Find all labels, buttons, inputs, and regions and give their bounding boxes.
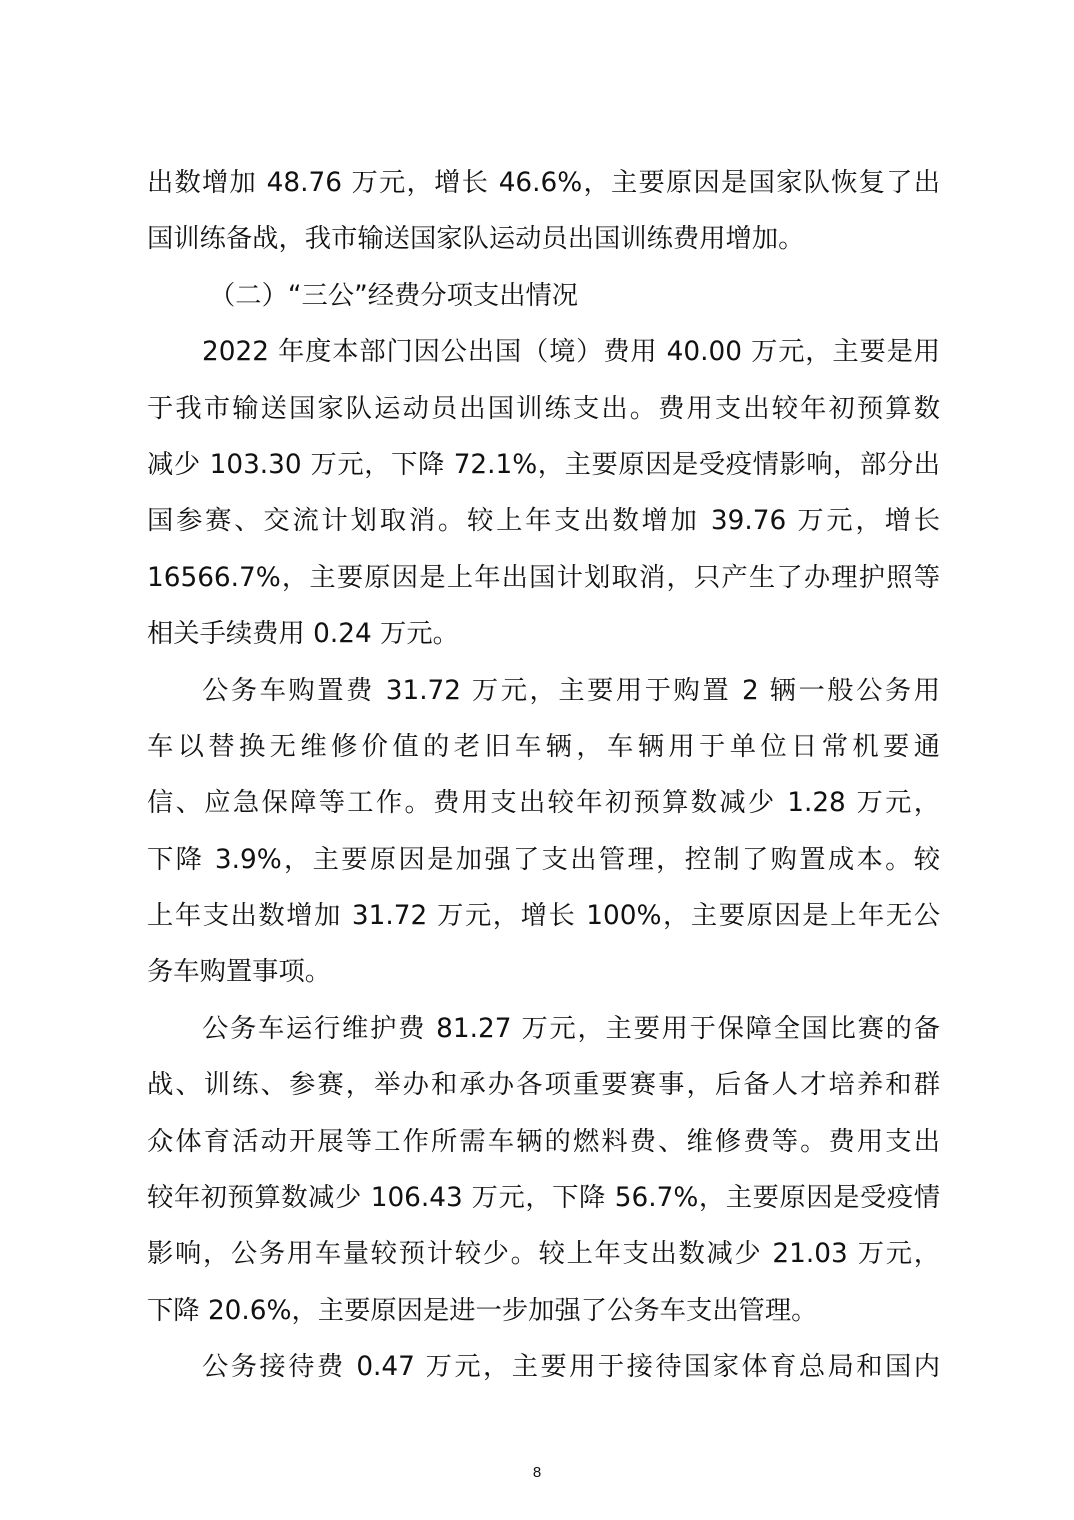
text-line: 上年支出数增加 31.72 万元，增长 100%，主要原因是上年无公 [147, 897, 940, 953]
text-line: 国训练备战，我市输送国家队运动员出国训练费用增加。 [147, 220, 940, 276]
body-text: 出数增加 48.76 万元，增长 46.6%，主要原因是国家队恢复了出 国训练备… [147, 164, 940, 1405]
page-number: 8 [0, 1464, 1074, 1481]
section-heading: （二）“三公”经费分项支出情况 [147, 277, 940, 333]
text-line: 公务车运行维护费 81.27 万元，主要用于保障全国比赛的备 [147, 1010, 940, 1066]
text-line: 公务车购置费 31.72 万元，主要用于购置 2 辆一般公务用 [147, 672, 940, 728]
text-line: 战、训练、参赛，举办和承办各项重要赛事，后备人才培养和群 [147, 1066, 940, 1122]
text-line: 2022 年度本部门因公出国（境）费用 40.00 万元，主要是用 [147, 333, 940, 389]
text-line: 公务接待费 0.47 万元，主要用于接待国家体育总局和国内 [147, 1348, 940, 1404]
text-line: 影响，公务用车量较预计较少。较上年支出数减少 21.03 万元， [147, 1235, 940, 1291]
text-line: 16566.7%，主要原因是上年出国计划取消，只产生了办理护照等 [147, 559, 940, 615]
text-line: 下降 20.6%，主要原因是进一步加强了公务车支出管理。 [147, 1292, 940, 1348]
text-line: 于我市输送国家队运动员出国训练支出。费用支出较年初预算数 [147, 390, 940, 446]
text-line: 出数增加 48.76 万元，增长 46.6%，主要原因是国家队恢复了出 [147, 164, 940, 220]
text-line: 车以替换无维修价值的老旧车辆，车辆用于单位日常机要通 [147, 728, 940, 784]
text-line: 减少 103.30 万元，下降 72.1%，主要原因是受疫情影响，部分出 [147, 446, 940, 502]
text-line: 务车购置事项。 [147, 953, 940, 1009]
document-page: 出数增加 48.76 万元，增长 46.6%，主要原因是国家队恢复了出 国训练备… [0, 0, 1074, 1520]
text-line: 较年初预算数减少 106.43 万元，下降 56.7%，主要原因是受疫情 [147, 1179, 940, 1235]
text-line: 国参赛、交流计划取消。较上年支出数增加 39.76 万元，增长 [147, 502, 940, 558]
text-line: 相关手续费用 0.24 万元。 [147, 615, 940, 671]
text-line: 下降 3.9%，主要原因是加强了支出管理，控制了购置成本。较 [147, 841, 940, 897]
text-line: 众体育活动开展等工作所需车辆的燃料费、维修费等。费用支出 [147, 1123, 940, 1179]
text-line: 信、应急保障等工作。费用支出较年初预算数减少 1.28 万元， [147, 784, 940, 840]
